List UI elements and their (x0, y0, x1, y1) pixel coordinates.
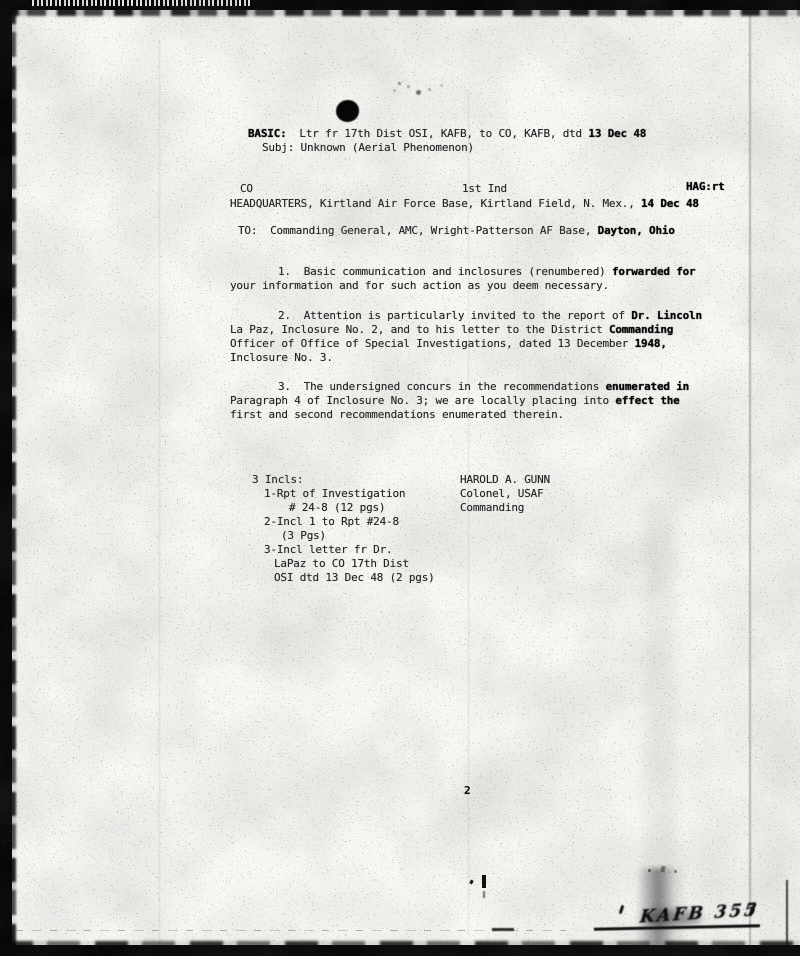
inclosure-list-line: OSI dtd 13 Dec 48 (2 pgs) (274, 572, 435, 584)
text-segment: La Paz, Inclosure No. 2, and to his lett… (230, 323, 609, 336)
office-symbol: CO (240, 183, 253, 195)
text-segment-bold: effect the (615, 394, 679, 407)
inclosure-list-line: # 24-8 (12 pgs) (289, 502, 385, 514)
pencil-mark (648, 869, 651, 872)
subject-line: Subj: Unknown (Aerial Phenomenon) (262, 142, 474, 154)
text-segment: TO: Commanding General, AMC, Wright-Patt… (238, 224, 598, 237)
annotation-underline-dash (492, 928, 514, 931)
scan-streak-right (645, 500, 675, 920)
signature-title: Commanding (460, 502, 524, 514)
text-segment: first and second recommendations enumera… (230, 408, 564, 421)
annotation-underline-faint (16, 930, 566, 931)
ink-mark (483, 891, 485, 898)
basic-label: BASIC: (248, 127, 287, 140)
pencil-mark (674, 870, 677, 873)
text-segment: Officer of Office of Special Investigati… (230, 337, 635, 350)
text-segment-bold: Dr. Lincoln (631, 309, 702, 322)
paragraph-3-line-2: Paragraph 4 of Inclosure No. 3; we are l… (230, 395, 680, 407)
text-segment: 3. The undersigned concurs in the recomm… (278, 380, 606, 393)
hole-punch-mark (336, 100, 359, 122)
inclosure-list-line: 3-Incl letter fr Dr. (264, 544, 392, 556)
text-segment: 2. Attention is particularly invited to … (278, 309, 631, 322)
signature-rank: Colonel, USAF (460, 488, 544, 500)
film-edge-left-ragged (10, 0, 16, 948)
inclosure-list-line: (3 Pgs) (281, 530, 326, 542)
text-segment-bold: enumerated in (606, 380, 690, 393)
basic-reference-line: BASIC: Ltr fr 17th Dist OSI, KAFB, to CO… (248, 128, 646, 140)
inclosure-list-line: 2-Incl 1 to Rpt #24-8 (264, 516, 399, 528)
fold-line-left (159, 40, 160, 945)
paragraph-2-line-1: 2. Attention is particularly invited to … (278, 310, 702, 322)
indorsement-number: 1st Ind (462, 183, 507, 195)
headquarters-line: HEADQUARTERS, Kirtland Air Force Base, K… (230, 198, 699, 210)
text-segment-bold: 1948, (635, 337, 667, 350)
ink-smudge-top (398, 82, 401, 85)
paragraph-2-line-3: Officer of Office of Special Investigati… (230, 338, 667, 350)
apostrophe-mark (619, 905, 625, 914)
text-segment-bold: forwarded for (612, 265, 696, 278)
text-segment: Inclosure No. 3. (230, 351, 333, 364)
inclosure-list-line: LaPaz to CO 17th Dist (274, 558, 409, 570)
signature-name: HAROLD A. GUNN (460, 474, 550, 486)
text-segment: Paragraph 4 of Inclosure No. 3; we are l… (230, 394, 615, 407)
ink-mark (482, 875, 486, 888)
scanned-document-page: BASIC: Ltr fr 17th Dist OSI, KAFB, to CO… (0, 0, 800, 956)
ink-mark (469, 880, 474, 885)
paragraph-3-line-3: first and second recommendations enumera… (230, 409, 564, 421)
text-segment-bold: Commanding (609, 323, 673, 336)
text-segment-bold: Dayton, Ohio (598, 224, 675, 237)
film-edge-top-ragged (0, 8, 800, 16)
right-margin-tint (751, 14, 800, 944)
text-segment: your information and for such action as … (230, 279, 609, 292)
text-segment: Ltr fr 17th Dist OSI, KAFB, to CO, KAFB,… (287, 127, 589, 140)
paragraph-1-line-1: 1. Basic communication and inclosures (r… (278, 266, 695, 278)
edge-line-bottom-right (786, 880, 788, 946)
typist-initials: HAG:rt (686, 181, 725, 193)
text-segment-bold: 14 Dec 48 (641, 197, 699, 210)
inclosure-list-line: 1-Rpt of Investigation (264, 488, 405, 500)
inclosure-list-heading: 3 Incls: (252, 474, 303, 486)
film-sprocket-marks (30, 0, 252, 6)
paragraph-2-line-4: Inclosure No. 3. (230, 352, 333, 364)
text-segment: 1. Basic communication and inclosures (r… (278, 265, 612, 278)
paragraph-2-line-2: La Paz, Inclosure No. 2, and to his lett… (230, 324, 673, 336)
page-number: 2 (464, 785, 470, 797)
text-segment-bold: 13 Dec 48 (588, 127, 646, 140)
text-segment: HEADQUARTERS, Kirtland Air Force Base, K… (230, 197, 641, 210)
address-to-line: TO: Commanding General, AMC, Wright-Patt… (238, 225, 675, 237)
paragraph-1-line-2: your information and for such action as … (230, 280, 609, 292)
paragraph-3-line-1: 3. The undersigned concurs in the recomm… (278, 381, 689, 393)
